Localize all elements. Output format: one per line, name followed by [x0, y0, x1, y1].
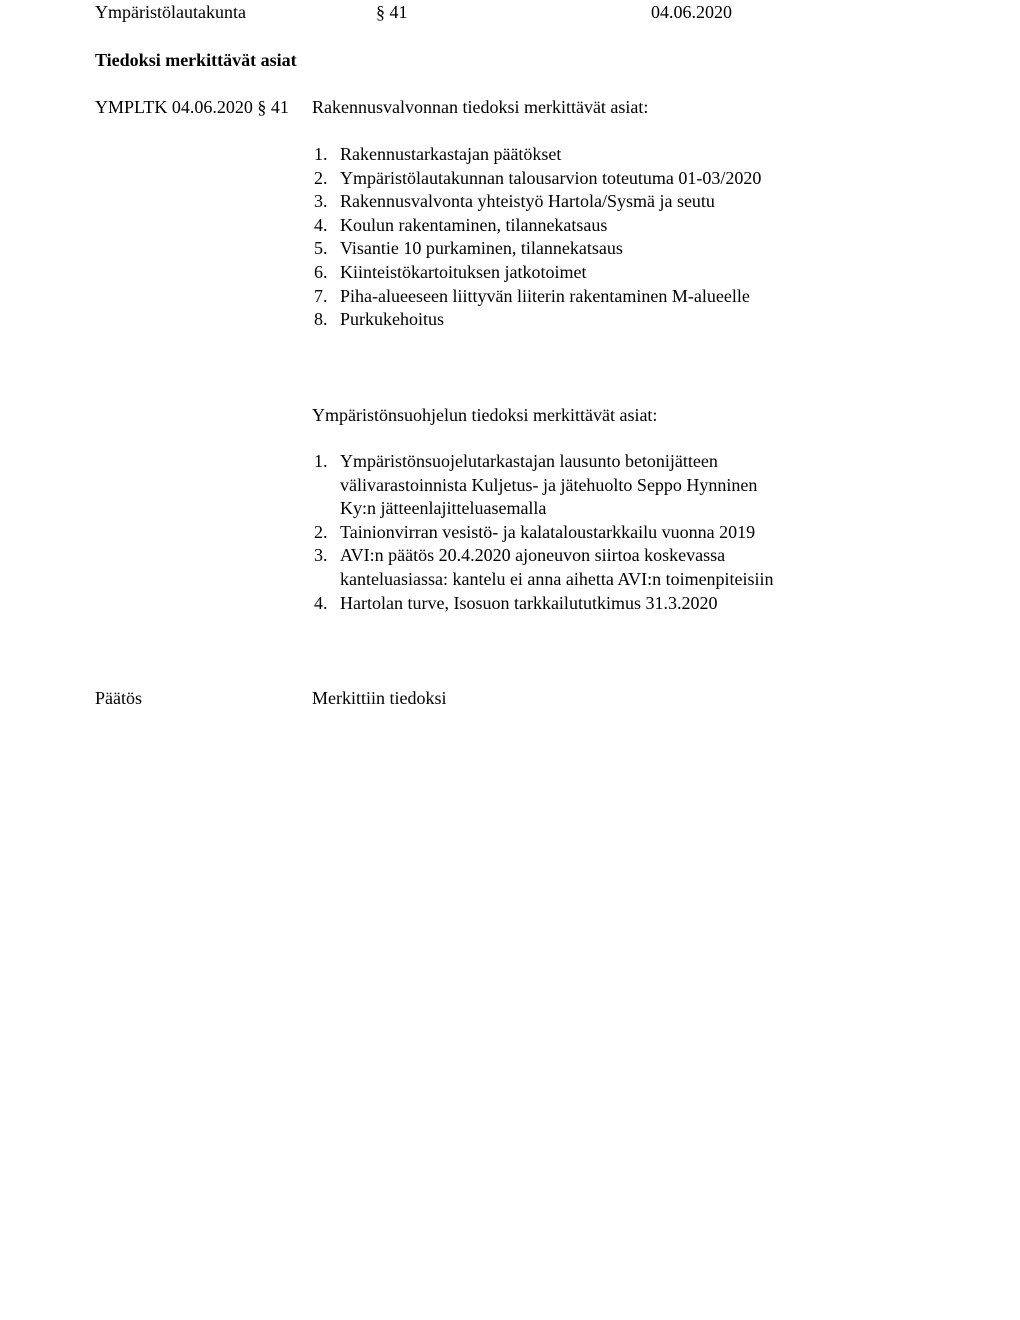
list-item: 4. Hartolan turve, Isosuon tarkkailututk…: [314, 592, 834, 616]
item-number: 1.: [314, 450, 328, 474]
item-text-line: Tainionvirran vesistö- ja kalataloustark…: [340, 521, 834, 545]
item-text: Rakennustarkastajan päätökset: [340, 144, 561, 164]
reference-code: YMPLTK 04.06.2020 § 41: [95, 95, 289, 119]
item-text-line: Ky:n jätteenlajitteluasemalla: [340, 497, 834, 521]
item-number: 8.: [314, 308, 328, 332]
item-text-line: välivarastoinnista Kuljetus- ja jätehuol…: [340, 474, 834, 498]
item-text: Purkukehoitus: [340, 309, 444, 329]
environmental-protection-heading: Ympäristönsuohjelun tiedoksi merkittävät…: [312, 403, 657, 427]
committee-name: Ympäristölautakunta: [95, 0, 246, 24]
item-number: 6.: [314, 261, 328, 285]
item-number: 1.: [314, 143, 328, 167]
list-item: 1.Rakennustarkastajan päätökset: [314, 143, 874, 167]
item-text: Rakennusvalvonta yhteistyö Hartola/Sysmä…: [340, 191, 715, 211]
item-number: 2.: [314, 521, 328, 545]
list-item: 7.Piha-alueeseen liittyvän liiterin rake…: [314, 285, 874, 309]
item-number: 4.: [314, 214, 328, 238]
item-text-line: kanteluasiassa: kantelu ei anna aihetta …: [340, 568, 834, 592]
list-item: 2.Ympäristölautakunnan talousarvion tote…: [314, 167, 874, 191]
document-title: Tiedoksi merkittävät asiat: [95, 48, 297, 72]
item-number: 4.: [314, 592, 328, 616]
item-text: Ympäristölautakunnan talousarvion toteut…: [340, 168, 761, 188]
item-number: 5.: [314, 237, 328, 261]
list-item: 4.Koulun rakentaminen, tilannekatsaus: [314, 214, 874, 238]
list-item: 1. Ympäristönsuojelutarkastajan lausunto…: [314, 450, 834, 521]
section-number: § 41: [376, 0, 408, 24]
list-item: 3. AVI:n päätös 20.4.2020 ajoneuvon siir…: [314, 544, 834, 591]
item-text-line: AVI:n päätös 20.4.2020 ajoneuvon siirtoa…: [340, 544, 834, 568]
list-item: 2. Tainionvirran vesistö- ja kalataloust…: [314, 521, 834, 545]
list-item: 6.Kiinteistökartoituksen jatkotoimet: [314, 261, 874, 285]
environmental-protection-list: 1. Ympäristönsuojelutarkastajan lausunto…: [314, 450, 834, 615]
list-item: 3.Rakennusvalvonta yhteistyö Hartola/Sys…: [314, 190, 874, 214]
meeting-date: 04.06.2020: [651, 0, 732, 24]
item-text-line: Ympäristönsuojelutarkastajan lausunto be…: [340, 450, 834, 474]
building-control-heading: Rakennusvalvonnan tiedoksi merkittävät a…: [312, 95, 648, 119]
item-text: Piha-alueeseen liittyvän liiterin rakent…: [340, 286, 750, 306]
building-control-list: 1.Rakennustarkastajan päätökset 2.Ympäri…: [314, 143, 874, 332]
decision-label: Päätös: [95, 686, 142, 710]
item-number: 3.: [314, 544, 328, 568]
list-item: 5.Visantie 10 purkaminen, tilannekatsaus: [314, 237, 874, 261]
item-number: 7.: [314, 285, 328, 309]
decision-value: Merkittiin tiedoksi: [312, 686, 447, 710]
item-number: 3.: [314, 190, 328, 214]
item-text: Koulun rakentaminen, tilannekatsaus: [340, 215, 607, 235]
item-text-line: Hartolan turve, Isosuon tarkkailututkimu…: [340, 592, 834, 616]
item-text: Visantie 10 purkaminen, tilannekatsaus: [340, 238, 623, 258]
item-number: 2.: [314, 167, 328, 191]
item-text: Kiinteistökartoituksen jatkotoimet: [340, 262, 586, 282]
list-item: 8.Purkukehoitus: [314, 308, 874, 332]
